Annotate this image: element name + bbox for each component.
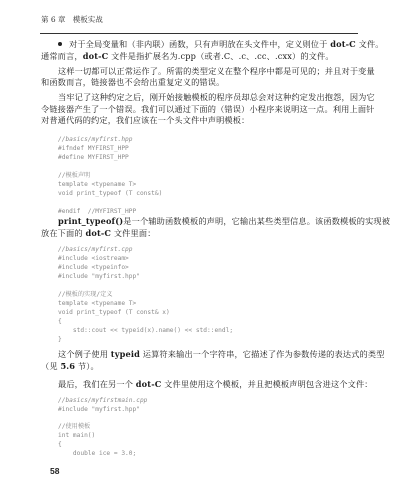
- bullet-icon: [58, 42, 62, 46]
- chapter-title: 模板实战: [73, 15, 103, 24]
- text: 文件。: [356, 39, 384, 49]
- code2-line-2: #include <iostream>: [58, 254, 129, 263]
- text: 这个例子使用: [58, 349, 111, 359]
- paragraph-2-line-1: 这样一切都可以正常运作了。所需的类型定义在整个程序中都是可见的；并且对于变量: [58, 66, 375, 78]
- text: 放在下面的: [41, 228, 85, 238]
- term-dot-c: dot-C: [330, 39, 356, 49]
- term-typeid: typeid: [111, 349, 140, 359]
- text: 文件里面：: [111, 228, 155, 238]
- code2-line-3: #include <typeinfo>: [58, 263, 129, 272]
- code1-line-3: #define MYFIRST_HPP: [58, 153, 129, 162]
- code2-line-4: #include "myfirst.hpp": [58, 272, 140, 281]
- code2-line-10: }: [58, 335, 62, 344]
- code2-line-6: template <typename T>: [58, 299, 136, 308]
- term-dot-c: dot-C: [85, 228, 111, 238]
- code2-line-8: {: [58, 317, 62, 326]
- code3-line-3: //使用模板: [58, 422, 90, 431]
- code3-line-1: //basics/myfirstmain.cpp: [58, 396, 147, 405]
- paragraph-6-line-1: 最后，我们在另一个 dot-C 文件里使用这个模板，并且把模板声明包含进这个文件…: [58, 379, 373, 391]
- bullet-paragraph-line-2: 通常而言，dot-C 文件是指扩展名为.cpp（或者.C、.c、.cc、.cxx…: [41, 51, 334, 63]
- paragraph-5-line-2: （见 5.6 节）。: [41, 361, 99, 373]
- text: 最后，我们在另一个: [58, 379, 136, 389]
- header-rule: [40, 33, 358, 34]
- paragraph-3-line-3: 对普通代码的约定，我们应该在一个头文件中声明模板：: [41, 115, 249, 127]
- chapter-number: 第 6 章: [41, 15, 66, 24]
- section-ref: 5.6: [60, 361, 75, 371]
- paragraph-5-line-1: 这个例子使用 typeid 运算符来输出一个字符串，它描述了作为参数传递的表达式…: [58, 349, 385, 361]
- running-header: 第 6 章 模板实战: [41, 14, 103, 25]
- term-dot-c: dot-C: [136, 379, 162, 389]
- paragraph-2-line-2: 和函数而言，链接器也不会给出重复定义的错误。: [41, 77, 224, 89]
- code2-line-5: //模板的实现/定义: [58, 290, 113, 299]
- text: 对于全局变量和（非内联）函数，只有声明放在头文件中，定义则位于: [69, 39, 330, 49]
- term-dot-c: dot-C: [83, 51, 109, 61]
- code3-line-2: #include "myfirst.hpp": [58, 405, 140, 414]
- code2-line-1: //basics/myfirst.cpp: [58, 245, 133, 254]
- paragraph-3-line-1: 当牢记了这种约定之后，刚开始接触模板的程序员却总会对这种约定发出抱怨，因为它: [58, 92, 375, 104]
- text: 运算符来输出一个字符串，它描述了作为参数传递的表达式的类型: [140, 349, 385, 359]
- code3-line-5: {: [58, 440, 62, 449]
- text: 节）。: [75, 361, 99, 371]
- text: 是一个辅助函数模板的声明，它输出某些类型信息。该函数模板的实现被: [123, 216, 390, 226]
- code1-line-1: //basics/myfirst.hpp: [58, 135, 133, 144]
- text: （见: [41, 361, 60, 371]
- code1-line-2: #ifndef MYFIRST_HPP: [58, 144, 129, 153]
- code3-line-6: double ice = 3.0;: [58, 449, 136, 458]
- code1-line-7: #endif //MYFIRST_HPP: [58, 207, 136, 216]
- paragraph-4-line-2: 放在下面的 dot-C 文件里面：: [41, 228, 156, 240]
- bullet-paragraph-line-1: 对于全局变量和（非内联）函数，只有声明放在头文件中，定义则位于 dot-C 文件…: [58, 39, 384, 51]
- code1-line-6: void print_typeof (T const&): [58, 189, 162, 198]
- page-number: 58: [50, 466, 59, 476]
- code2-line-7: void print_typeof (T const& x): [58, 308, 170, 317]
- paragraph-4-line-1: print_typeof()是一个辅助函数模板的声明，它输出某些类型信息。该函数…: [58, 216, 390, 228]
- text: 通常而言，: [41, 51, 83, 61]
- paragraph-3-line-2: 令链接器产生了一个错误。我们可以通过下面的（错误）小程序来说明这一点。利用上面针: [41, 104, 375, 116]
- term-print-typeof: print_typeof(): [58, 216, 123, 226]
- code1-line-4: //模板声明: [58, 171, 90, 180]
- code1-line-5: template <typename T>: [58, 180, 136, 189]
- code3-line-4: int main(): [58, 431, 95, 440]
- text: 文件是指扩展名为.cpp（或者.C、.c、.cc、.cxx）的文件。: [108, 51, 333, 61]
- code2-line-9: std::cout << typeid(x).name() << std::en…: [58, 326, 233, 335]
- text: 文件里使用这个模板，并且把模板声明包含进这个文件：: [161, 379, 372, 389]
